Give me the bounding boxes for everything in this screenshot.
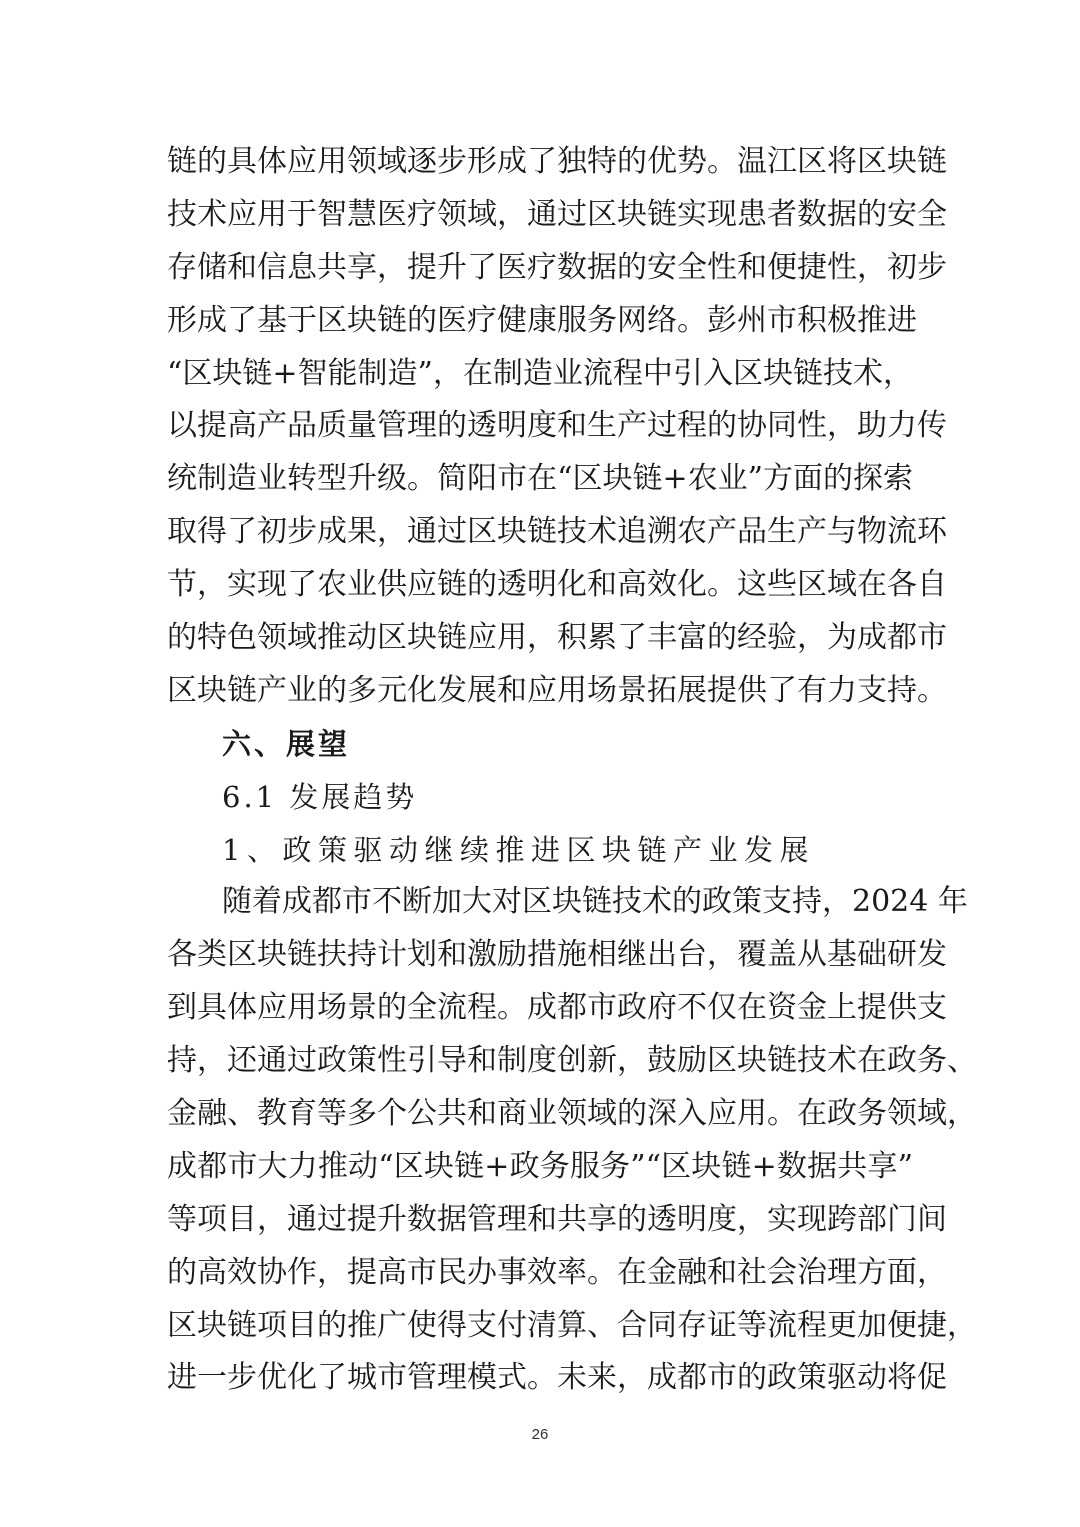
- text-line: 成都市大力推动“区块链+政务服务”“区块链+数据共享”: [167, 1145, 913, 1198]
- text-line: 等项目，通过提升数据管理和共享的透明度，实现跨部门间: [167, 1198, 913, 1251]
- section-heading: 六、展望: [167, 722, 913, 775]
- text-line: 持，还通过政策性引导和制度创新，鼓励区块链技术在政务、: [167, 1039, 913, 1092]
- text-line: 随着成都市不断加大对区块链技术的政策支持，2024 年: [167, 880, 913, 933]
- text-line: 区块链产业的多元化发展和应用场景拓展提供了有力支持。: [167, 669, 913, 722]
- paragraph-regional-applications: 链的具体应用领域逐步形成了独特的优势。温江区将区块链 技术应用于智慧医疗领域，通…: [167, 140, 913, 722]
- text-line: 取得了初步成果，通过区块链技术追溯农产品生产与物流环: [167, 510, 913, 563]
- text-line: 统制造业转型升级。简阳市在“区块链+农业”方面的探索: [167, 457, 913, 510]
- text-line: “区块链+智能制造”，在制造业流程中引入区块链技术，: [167, 352, 913, 405]
- paragraph-policy-driven: 随着成都市不断加大对区块链技术的政策支持，2024 年 各类区块链扶持计划和激励…: [167, 880, 913, 1409]
- text-line: 到具体应用场景的全流程。成都市政府不仅在资金上提供支: [167, 986, 913, 1039]
- page-number: 26: [0, 1426, 1080, 1443]
- text-line: 形成了基于区块链的医疗健康服务网络。彭州市积极推进: [167, 299, 913, 352]
- text-line: 区块链项目的推广使得支付清算、合同存证等流程更加便捷，: [167, 1304, 913, 1357]
- text-line: 链的具体应用领域逐步形成了独特的优势。温江区将区块链: [167, 140, 913, 193]
- text-line: 金融、教育等多个公共和商业领域的深入应用。在政务领域，: [167, 1092, 913, 1145]
- text-line: 各类区块链扶持计划和激励措施相继出台，覆盖从基础研发: [167, 933, 913, 986]
- text-line: 的高效协作，提高市民办事效率。在金融和社会治理方面，: [167, 1251, 913, 1304]
- text-line: 的特色领域推动区块链应用，积累了丰富的经验，为成都市: [167, 616, 913, 669]
- text-line: 节，实现了农业供应链的透明化和高效化。这些区域在各自: [167, 563, 913, 616]
- text-line: 进一步优化了城市管理模式。未来，成都市的政策驱动将促: [167, 1356, 913, 1409]
- item-heading: 1、政策驱动继续推进区块链产业发展: [167, 828, 913, 881]
- document-page: 链的具体应用领域逐步形成了独特的优势。温江区将区块链 技术应用于智慧医疗领域，通…: [0, 0, 1080, 1527]
- text-line: 技术应用于智慧医疗领域，通过区块链实现患者数据的安全: [167, 193, 913, 246]
- text-line: 存储和信息共享，提升了医疗数据的安全性和便捷性，初步: [167, 246, 913, 299]
- page-body: 链的具体应用领域逐步形成了独特的优势。温江区将区块链 技术应用于智慧医疗领域，通…: [167, 140, 913, 1409]
- text-line: 以提高产品质量管理的透明度和生产过程的协同性，助力传: [167, 404, 913, 457]
- subsection-heading: 6.1 发展趋势: [167, 775, 913, 828]
